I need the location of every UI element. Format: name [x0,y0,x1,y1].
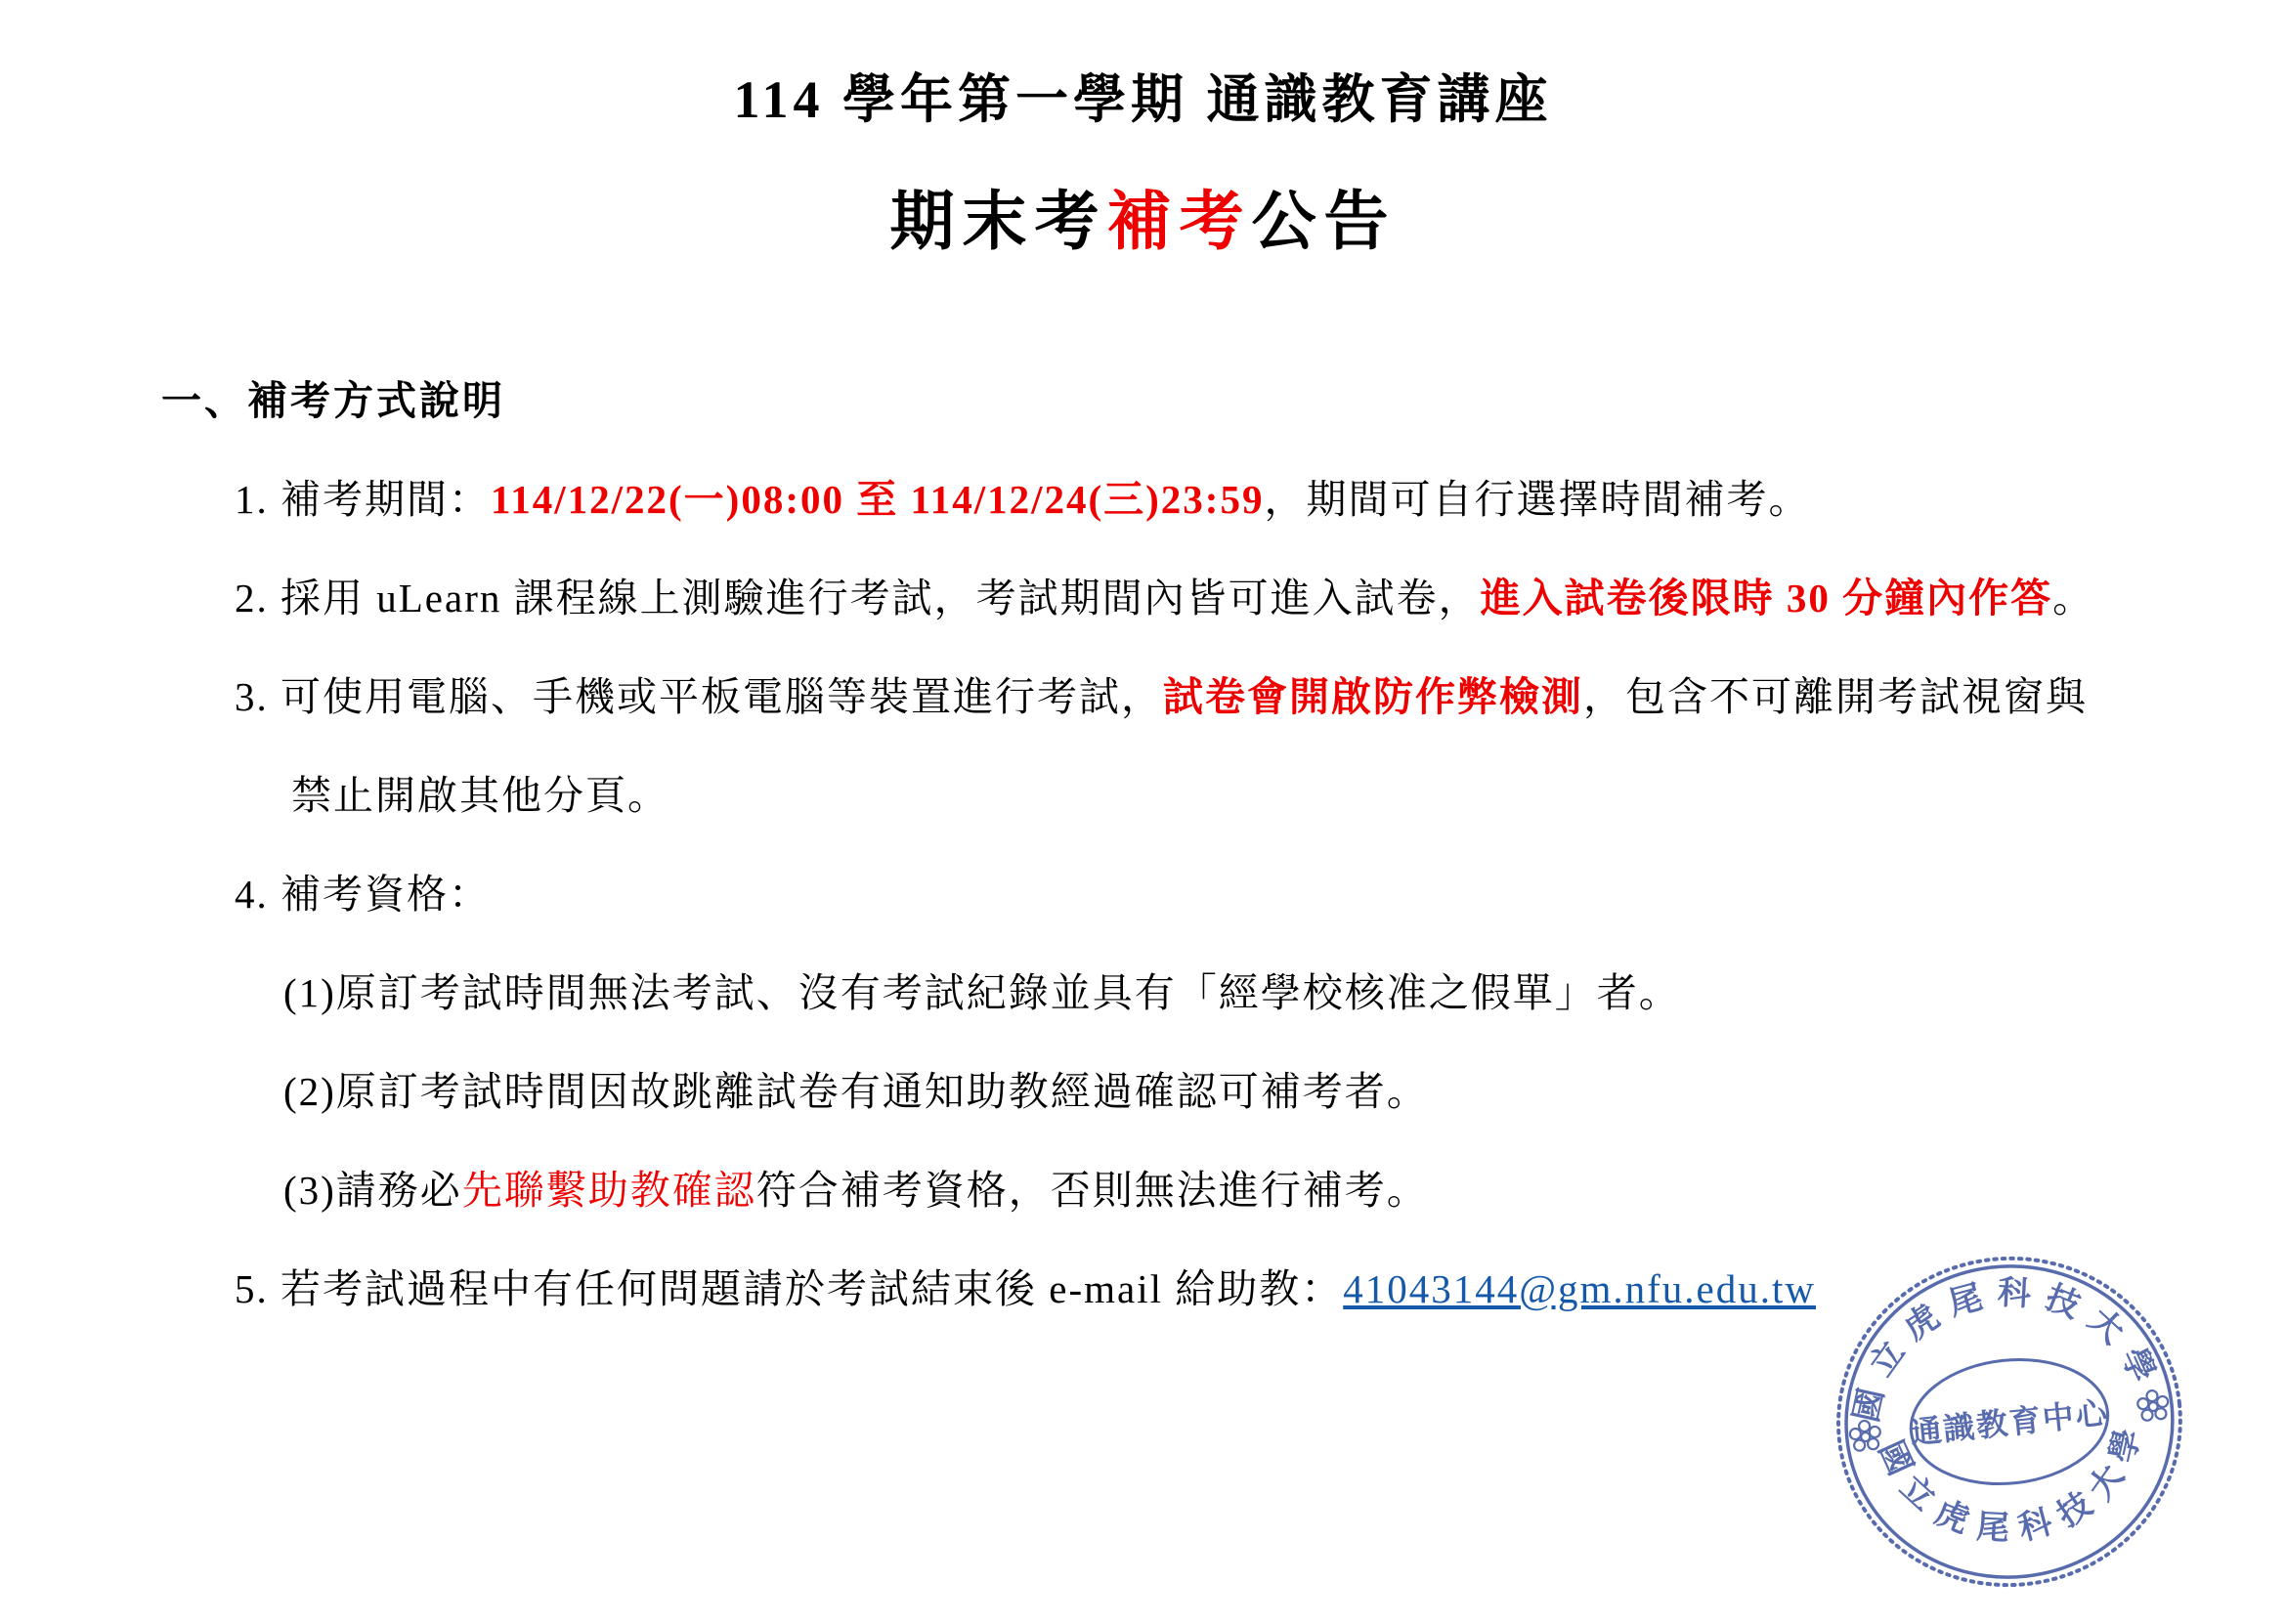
title-line2-part2: 公告 [1252,187,1397,258]
list-item-1: 1. 補考期間：114/12/22(一)08:00 至 114/12/24(三)… [235,450,2198,549]
sub3-text-end: 符合補考資格，否則無法進行補考。 [756,1168,1429,1213]
item3-text-mid: ，包含不可離開考試視窗與 [1583,674,2088,719]
item1-text: 1. 補考期間： [235,477,491,522]
item2-text: 2. 採用 uLearn 課程線上測驗進行考試，考試期間內皆可進入試卷， [235,576,1481,620]
seal-right-rosette-icon [2136,1389,2170,1422]
announcement-page: 114 學年第一學期 通識教育講座 期末考補考公告 一、補考方式說明 1. 補考… [0,0,2286,1624]
sub-item-1: (1)原訂考試時間無法考試、沒有考試紀錄並具有「經學校核准之假單」者。 [283,944,2198,1043]
item2-time-limit: 進入試卷後限時 30 分鐘內作答 [1481,576,2053,620]
page-title-line2: 期末考補考公告 [0,180,2286,266]
instruction-list: 1. 補考期間：114/12/22(一)08:00 至 114/12/24(三)… [161,450,2198,1339]
seal-arc-bottom-text: 國立虎尾科技大學 [1871,1410,2163,1562]
item3-text-end: 禁止開啟其他分頁。 [291,773,669,818]
sub-item-2: (2)原訂考試時間因故跳離試卷有通知助教經過確認可補考者。 [283,1043,2198,1141]
item2-text-end: 。 [2052,576,2094,620]
list-item-2: 2. 採用 uLearn 課程線上測驗進行考試，考試期間內皆可進入試卷，進入試卷… [235,549,2198,648]
item5-text: 5. 若考試過程中有任何問題請於考試結束後 e-mail 給助教： [235,1266,1343,1311]
sub-item-3: (3)請務必先聯繫助教確認符合補考資格，否則無法進行補考。 [283,1141,2198,1240]
title-line2-red-highlight: 補考 [1107,187,1252,258]
sub3-contact-ta-notice: 先聯繫助教確認 [462,1168,756,1213]
item1-text-end: ，期間可自行選擇時間補考。 [1264,477,1810,522]
item1-exam-period: 114/12/22(一)08:00 至 114/12/24(三)23:59 [491,477,1264,522]
content-area: 一、補考方式說明 1. 補考期間：114/12/22(一)08:00 至 114… [0,352,2286,1339]
list-item-4: 4. 補考資格： [235,845,2198,944]
seal-inner-oval [1905,1350,2114,1493]
section-heading: 一、補考方式說明 [161,352,2198,450]
sub3-text: (3)請務必 [283,1168,462,1213]
title-line2-part1: 期末考 [890,187,1107,258]
item3-text: 3. 可使用電腦、手機或平板電腦等裝置進行考試， [235,674,1163,719]
eligibility-sublist: (1)原訂考試時間無法考試、沒有考試紀錄並具有「經學校核准之假單」者。 (2)原… [235,944,2198,1240]
title-block: 114 學年第一學期 通識教育講座 期末考補考公告 [0,0,2286,266]
seal-center-text: 通識教育中心 [1909,1394,2111,1450]
item3-anticheat-notice: 試卷會開啟防作弊檢測 [1163,674,1583,719]
ta-email-link[interactable]: 41043144@gm.nfu.edu.tw [1343,1266,1816,1311]
page-title-line1: 114 學年第一學期 通識教育講座 [0,68,2286,131]
seal-left-rosette-icon [1849,1419,1882,1451]
list-item-3: 3. 可使用電腦、手機或平板電腦等裝置進行考試，試卷會開啟防作弊檢測，包含不可離… [235,648,2198,845]
list-item-5: 5. 若考試過程中有任何問題請於考試結束後 e-mail 給助教：4104314… [235,1240,2198,1339]
